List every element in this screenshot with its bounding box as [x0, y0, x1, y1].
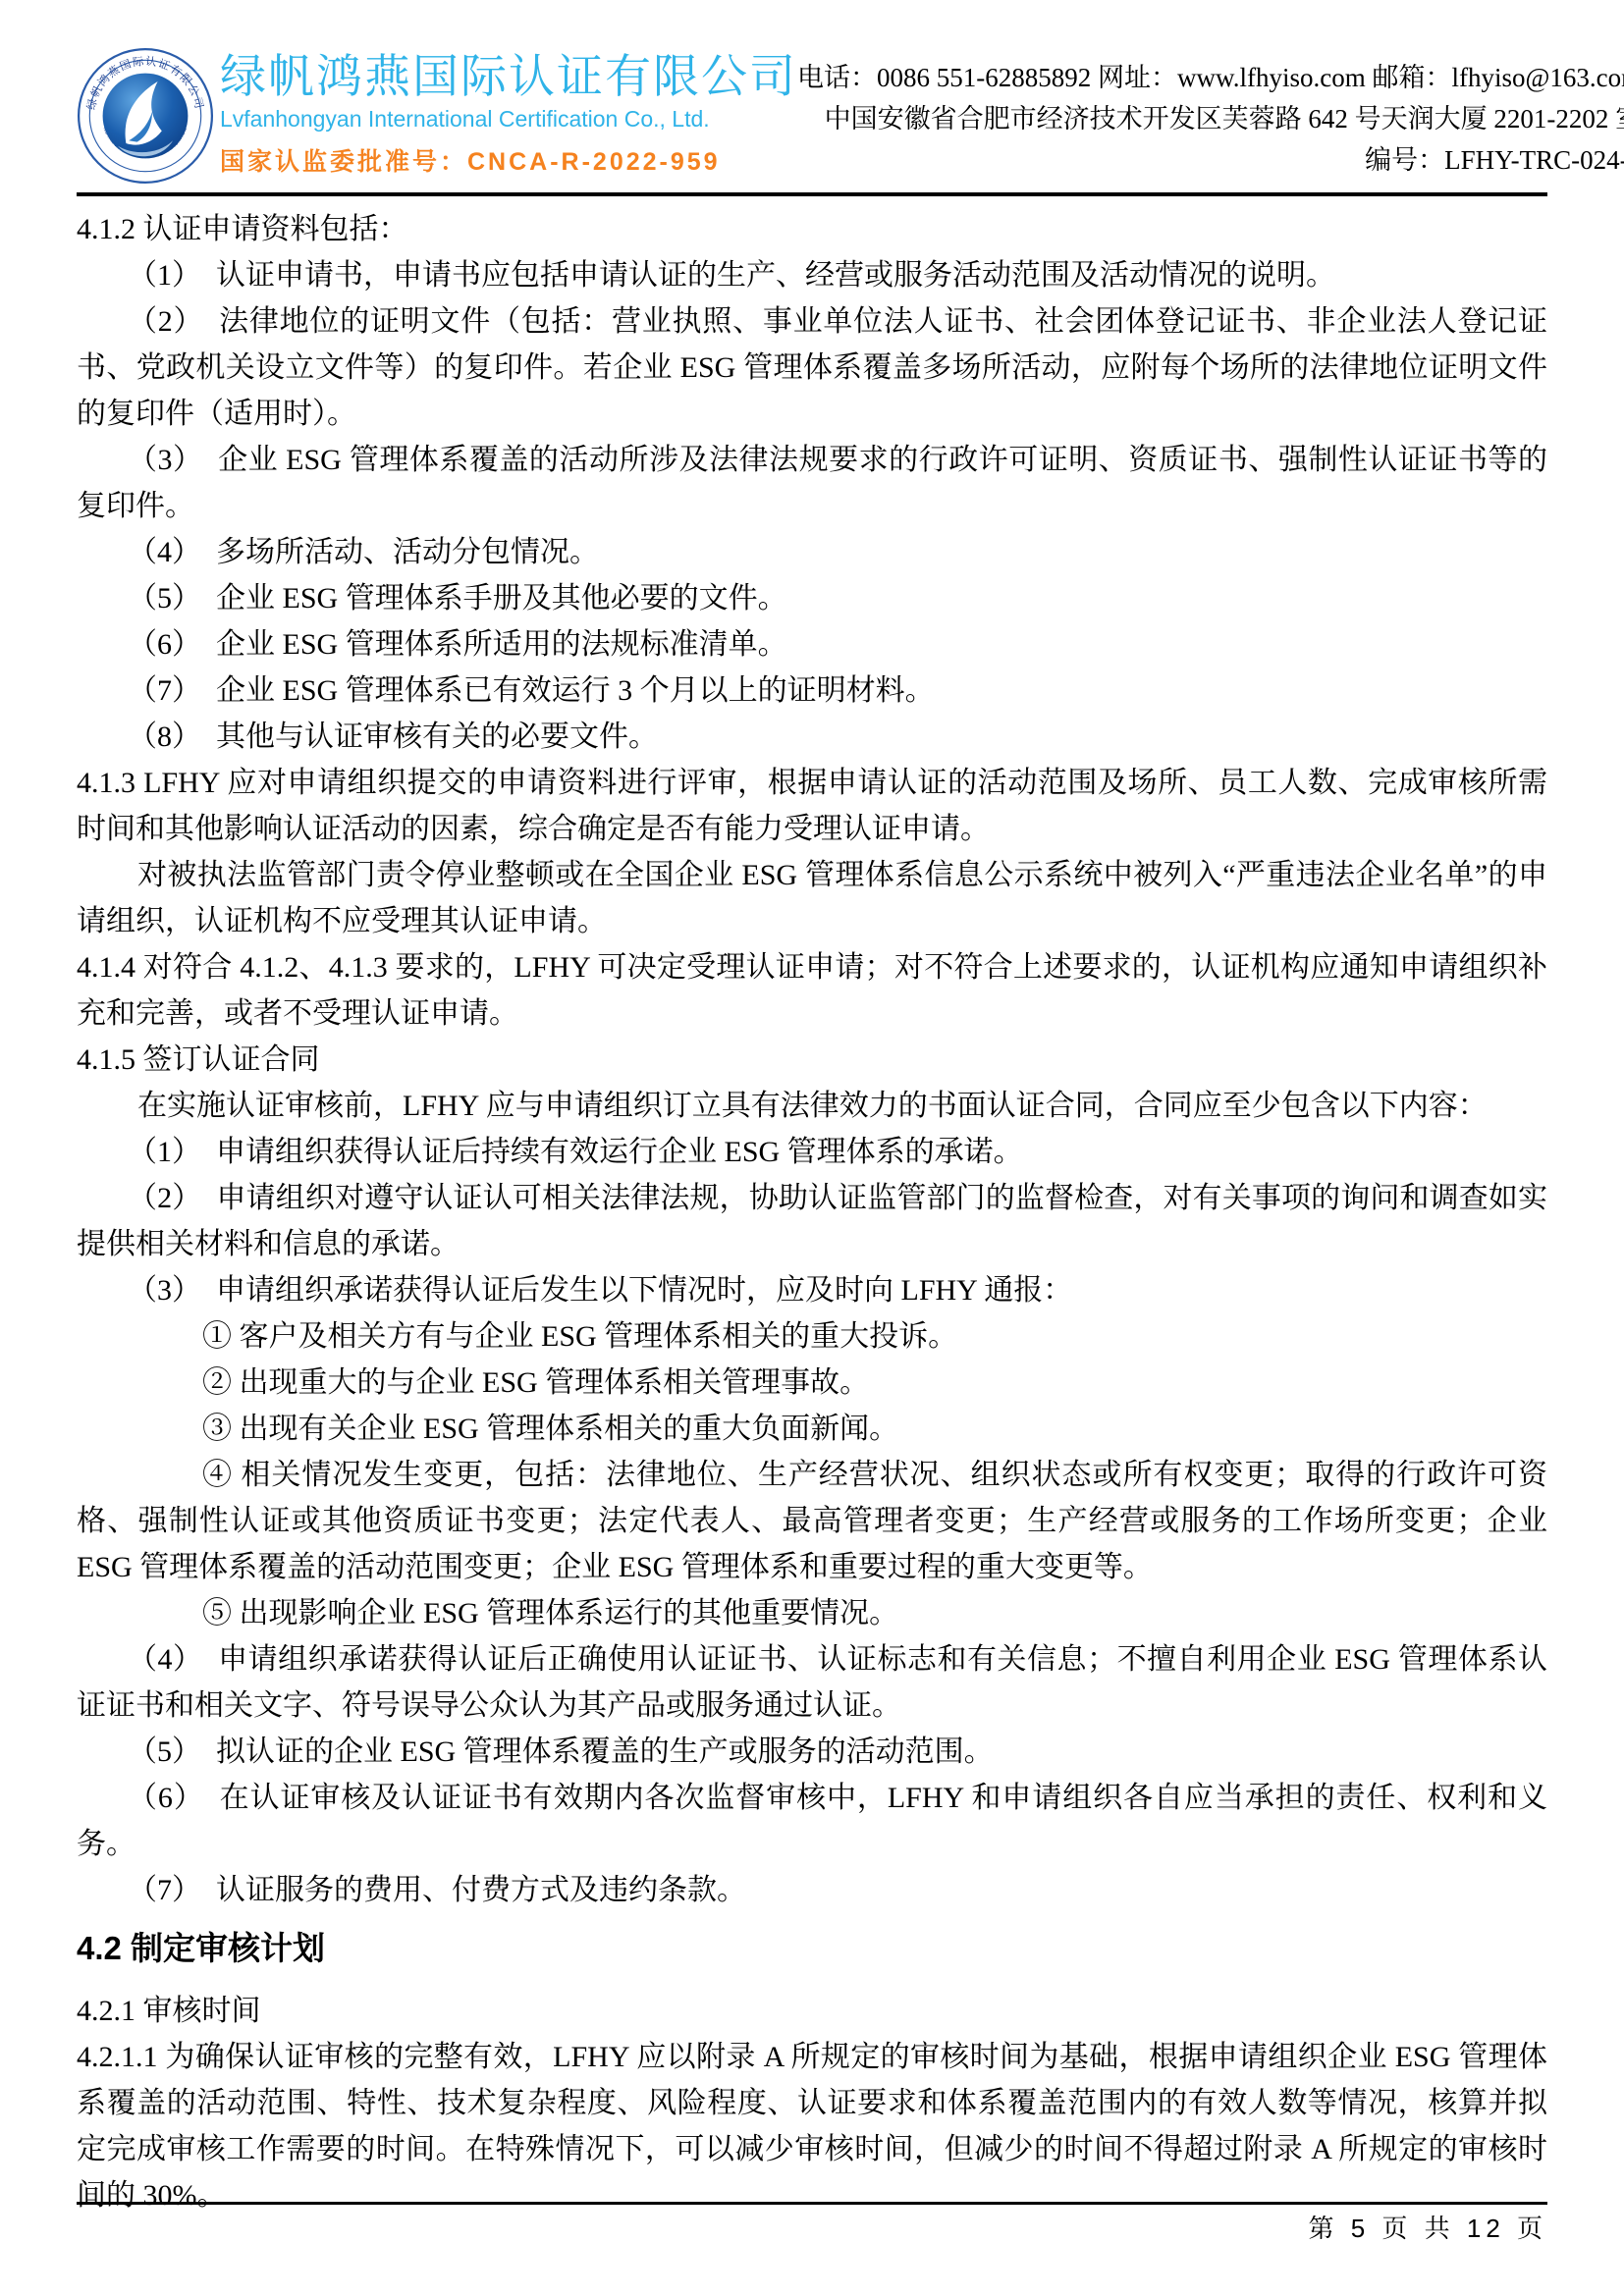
paragraph: （7） 企业 ESG 管理体系已有效运行 3 个月以上的证明材料。: [77, 667, 1547, 714]
paragraph: （4） 申请组织承诺获得认证后正确使用认证证书、认证标志和有关信息；不擅自利用企…: [77, 1636, 1547, 1729]
paragraph: ② 出现重大的与企业 ESG 管理体系相关管理事故。: [77, 1360, 1547, 1406]
paragraph: （8） 其他与认证审核有关的必要文件。: [77, 714, 1547, 760]
company-logo-icon: 绿帆鸿燕国际认证有限公司 LVFANHONGYAN INTERNATIONAL …: [77, 47, 214, 185]
contact-line: 电话：0086 551-62885892 网址：www.lfhyiso.com …: [797, 57, 1624, 98]
letterhead: 绿帆鸿燕国际认证有限公司 LVFANHONGYAN INTERNATIONAL …: [77, 41, 1547, 190]
paragraph: （2） 法律地位的证明文件（包括：营业执照、事业单位法人证书、社会团体登记证书、…: [77, 298, 1547, 437]
paragraph: ③ 出现有关企业 ESG 管理体系相关的重大负面新闻。: [77, 1406, 1547, 1452]
paragraph: （5） 企业 ESG 管理体系手册及其他必要的文件。: [77, 575, 1547, 621]
page-indicator: 第 5 页 共 12 页: [1309, 2209, 1548, 2245]
letterhead-brand-block: 绿帆鸿燕国际认证有限公司 LVFANHONGYAN INTERNATIONAL …: [77, 41, 797, 185]
paragraph: （1） 申请组织获得认证后持续有效运行企业 ESG 管理体系的承诺。: [77, 1129, 1547, 1175]
paragraph: 4.1.2 认证申请资料包括：: [77, 206, 1547, 252]
paragraph: 4.1.4 对符合 4.1.2、4.1.3 要求的，LFHY 可决定受理认证申请…: [77, 944, 1547, 1037]
document-page: 绿帆鸿燕国际认证有限公司 LVFANHONGYAN INTERNATIONAL …: [0, 0, 1624, 2296]
paragraph: 4.2.1 审核时间: [77, 1988, 1547, 2034]
paragraph: （5） 拟认证的企业 ESG 管理体系覆盖的生产或服务的活动范围。: [77, 1729, 1547, 1775]
paragraph: （7） 认证服务的费用、付费方式及违约条款。: [77, 1867, 1547, 1913]
company-name-cn: 绿帆鸿燕国际认证有限公司: [220, 49, 797, 104]
paragraph: ④ 相关情况发生变更，包括：法律地位、生产经营状况、组织状态或所有权变更；取得的…: [77, 1452, 1547, 1590]
header-divider: [77, 192, 1547, 196]
paragraph: （3） 企业 ESG 管理体系覆盖的活动所涉及法律法规要求的行政许可证明、资质证…: [77, 437, 1547, 529]
address-line: 中国安徽省合肥市经济技术开发区芙蓉路 642 号天润大厦 2201-2202 室: [797, 98, 1624, 139]
section-heading: 4.2 制定审核计划: [77, 1925, 1547, 1971]
doc-number: 编号：LFHY-TRC-024-3: [797, 139, 1624, 181]
paragraph: ① 客户及相关方有与企业 ESG 管理体系相关的重大投诉。: [77, 1313, 1547, 1360]
paragraph: （2） 申请组织对遵守认证认可相关法律法规，协助认证监管部门的监督检查，对有关事…: [77, 1175, 1547, 1267]
paragraph: （3） 申请组织承诺获得认证后发生以下情况时，应及时向 LFHY 通报：: [77, 1267, 1547, 1313]
paragraph: （1） 认证申请书，申请书应包括申请认证的生产、经营或服务活动范围及活动情况的说…: [77, 252, 1547, 298]
paragraph: （6） 企业 ESG 管理体系所适用的法规标准清单。: [77, 621, 1547, 667]
paragraph: 4.2.1.1 为确保认证审核的完整有效，LFHY 应以附录 A 所规定的审核时…: [77, 2034, 1547, 2218]
approval-number: 国家认监委批准号：CNCA-R-2022-959: [220, 145, 797, 179]
paragraph: 对被执法监管部门责令停业整顿或在全国企业 ESG 管理体系信息公示系统中被列入“…: [77, 852, 1547, 944]
paragraph: 4.1.3 LFHY 应对申请组织提交的申请资料进行评审，根据申请认证的活动范围…: [77, 760, 1547, 852]
document-body: 4.1.2 认证申请资料包括：（1） 认证申请书，申请书应包括申请认证的生产、经…: [77, 206, 1547, 2218]
footer-divider: [77, 2202, 1547, 2205]
paragraph: ⑤ 出现影响企业 ESG 管理体系运行的其他重要情况。: [77, 1590, 1547, 1636]
letterhead-contact-block: 电话：0086 551-62885892 网址：www.lfhyiso.com …: [797, 57, 1624, 181]
paragraph: 在实施认证审核前，LFHY 应与申请组织订立具有法律效力的书面认证合同，合同应至…: [77, 1083, 1547, 1129]
company-name-en: Lvfanhongyan International Certification…: [220, 104, 797, 133]
paragraph: （4） 多场所活动、活动分包情况。: [77, 529, 1547, 575]
paragraph: 4.1.5 签订认证合同: [77, 1037, 1547, 1083]
paragraph: （6） 在认证审核及认证证书有效期内各次监督审核中，LFHY 和申请组织各自应当…: [77, 1775, 1547, 1867]
